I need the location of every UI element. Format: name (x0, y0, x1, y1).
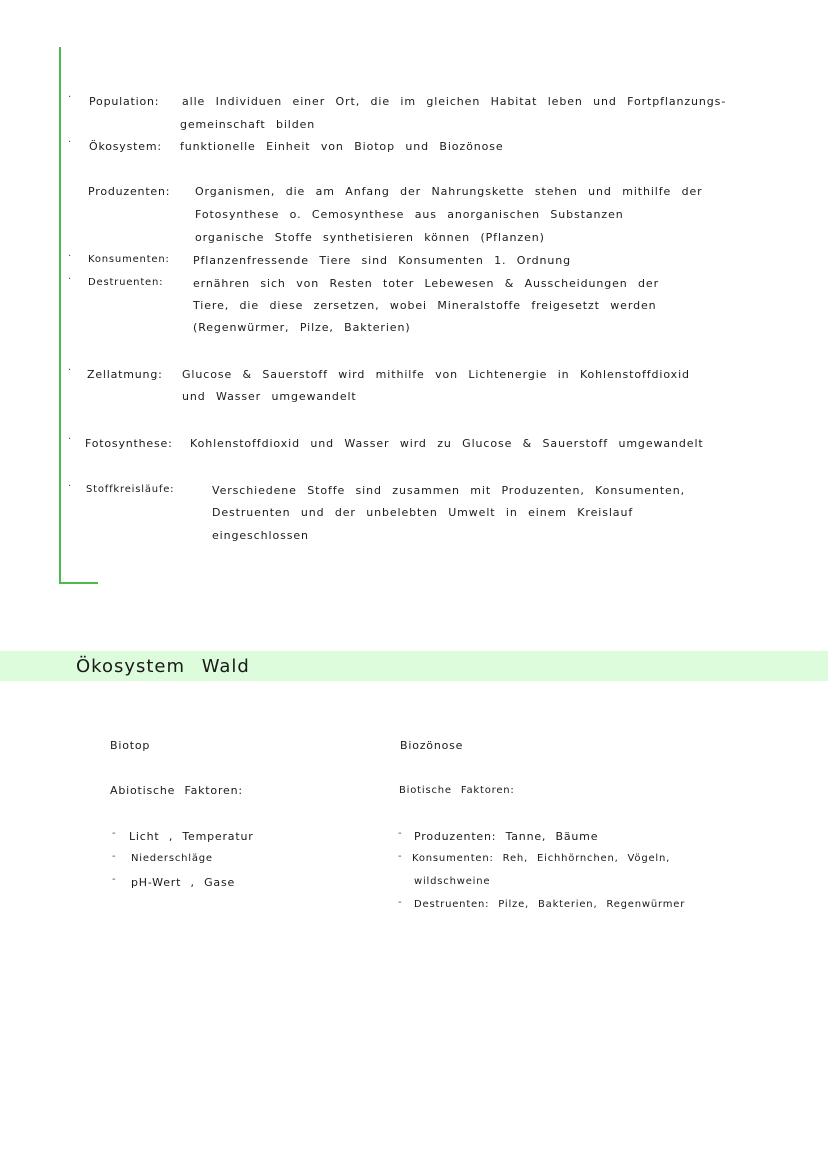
definition-line: Destruenten und der unbelebten Umwelt in… (212, 506, 633, 519)
term-oekosystem: Ökosystem: (89, 140, 162, 153)
term-population: Population: (89, 95, 159, 108)
biozoenose-item: Destruenten: Pilze, Bakterien, Regenwürm… (414, 899, 685, 910)
dash-icon: - (398, 897, 402, 908)
margin-bracket-horizontal (59, 582, 98, 584)
term-fotosynthese: Fotosynthese: (85, 437, 173, 450)
biotop-subheading: Abiotische Faktoren: (110, 784, 243, 797)
definition-line: ernähren sich von Resten toter Lebewesen… (193, 277, 659, 290)
definition-line: Verschiedene Stoffe sind zusammen mit Pr… (212, 484, 685, 497)
margin-bracket-vertical (59, 47, 61, 584)
biozoenose-heading: Biozönose (400, 739, 463, 752)
dash-icon: - (398, 828, 402, 839)
definition-line: alle Individuen einer Ort, die im gleich… (182, 95, 726, 108)
bullet-icon: · (68, 137, 71, 148)
term-stoffkreislaeufe: Stoffkreisläufe: (86, 484, 174, 495)
biotop-item: pH-Wert , Gase (131, 876, 235, 889)
term-destruenten: Destruenten: (88, 277, 163, 288)
bullet-icon: · (68, 434, 71, 445)
biozoenose-item: wildschweine (414, 876, 490, 887)
definition-line: (Regenwürmer, Pilze, Bakterien) (193, 321, 411, 334)
bullet-icon: · (68, 251, 71, 262)
dash-icon: - (112, 874, 116, 885)
definition-line: funktionelle Einheit von Biotop und Bioz… (180, 140, 504, 153)
dash-icon: - (112, 851, 116, 862)
definition-line: organische Stoffe synthetisieren können … (195, 231, 545, 244)
term-konsumenten: Konsumenten: (88, 254, 170, 265)
definition-line: Glucose & Sauerstoff wird mithilfe von L… (182, 368, 690, 381)
biotop-item: Niederschläge (131, 853, 213, 864)
definition-line: gemeinschaft bilden (180, 118, 315, 131)
definition-line: Tiere, die diese zersetzen, wobei Minera… (193, 299, 657, 312)
term-produzenten: Produzenten: (88, 185, 170, 198)
definition-line: Pflanzenfressende Tiere sind Konsumenten… (193, 254, 571, 267)
definition-line: und Wasser umgewandelt (182, 390, 357, 403)
biozoenose-item: Produzenten: Tanne, Bäume (414, 830, 598, 843)
biozoenose-subheading: Biotische Faktoren: (399, 785, 515, 796)
biotop-heading: Biotop (110, 739, 150, 752)
bullet-icon: · (68, 92, 71, 103)
dash-icon: - (398, 851, 402, 862)
definition-line: Fotosynthese o. Cemosynthese aus anorgan… (195, 208, 624, 221)
bullet-icon: · (68, 274, 71, 285)
term-zellatmung: Zellatmung: (87, 368, 163, 381)
biozoenose-item: Konsumenten: Reh, Eichhörnchen, Vögeln, (412, 853, 670, 864)
bullet-icon: · (68, 365, 71, 376)
section-title: Ökosystem Wald (76, 656, 250, 677)
definition-line: eingeschlossen (212, 529, 309, 542)
biotop-item: Licht , Temperatur (129, 830, 254, 843)
definition-line: Organismen, die am Anfang der Nahrungske… (195, 185, 703, 198)
bullet-icon: · (68, 481, 71, 492)
dash-icon: - (112, 828, 116, 839)
definition-line: Kohlenstoffdioxid und Wasser wird zu Glu… (190, 437, 704, 450)
